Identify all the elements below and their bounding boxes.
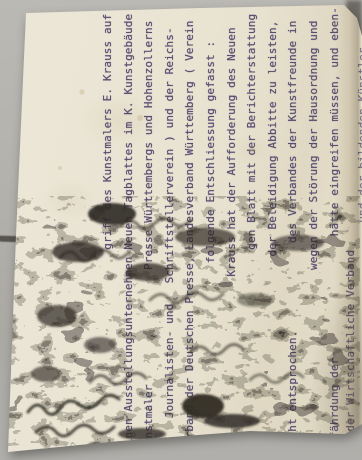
typed-line: verband der Deutschen Presse, Landesverb… bbox=[180, 0, 201, 452]
typed-line: folgende Entschliessung gefasst : bbox=[201, 0, 222, 452]
document-page: griff des Kunstmalers E. Krauss auf eine… bbox=[0, 0, 362, 460]
photo-backdrop: griff des Kunstmalers E. Krauss auf eine… bbox=[0, 0, 362, 460]
typed-line: nicht entsprochen. des Verbandes der Kun… bbox=[283, 0, 304, 452]
typed-line: einen Ausstellungsunternehmen Neuen Tagb… bbox=[119, 0, 140, 452]
typed-line: Krauss hat der Aufforderung des Neuen bbox=[222, 0, 243, 452]
typed-line: Kunstmaler Presse Württembergs und Hohen… bbox=[139, 0, 160, 452]
typed-line: gen Blatt mit der Berichterstattung bbox=[242, 0, 263, 452]
document-page-wrapper: griff des Kunstmalers E. Krauss auf eine… bbox=[0, 0, 362, 460]
typed-line: der Beleidigung Abbitte zu leisten, bbox=[263, 0, 284, 452]
typed-line: Journalisten- und Schriftstellerverein )… bbox=[160, 0, 181, 452]
typed-line: griff des Kunstmalers E. Krauss auf bbox=[98, 0, 119, 452]
page-fold-shading-lower bbox=[302, 240, 362, 460]
